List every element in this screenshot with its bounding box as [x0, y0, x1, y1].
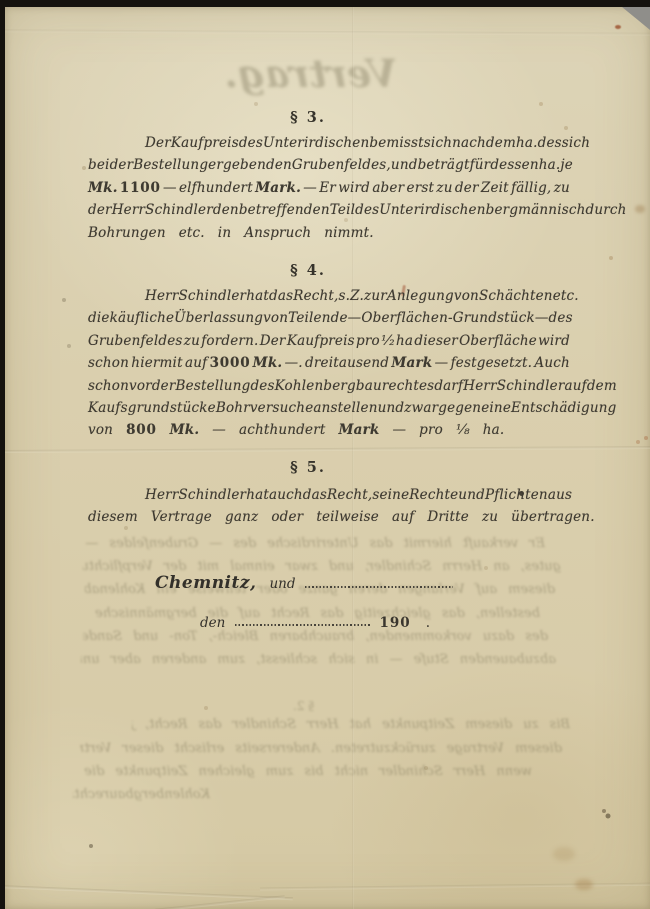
text-line: Grubenfeldeszufordern.DerKaufpreispro¹⁄₂…: [88, 333, 570, 355]
paper-sheet: Vertrag. Er verkauft hiermit das Unterir…: [5, 7, 650, 909]
text-line: schonvorderBestellungdesKohlenbergbaurec…: [88, 378, 570, 400]
signature-date-line: den 190 .: [200, 615, 430, 631]
text-line: DerKaufpreisdesUnterirdischenbemisstsich…: [145, 135, 570, 157]
text-line: KaufsgrundstückeBohrversucheanstellenund…: [88, 400, 570, 422]
text-line: HerrSchindlerhatauchdasRecht,seineRechte…: [145, 487, 570, 509]
signature-year-prefix: 190: [380, 615, 411, 631]
scanned-document-page: Vertrag. Er verkauft hiermit das Unterir…: [0, 0, 650, 909]
brown-blotch-bottom: [575, 879, 593, 890]
signature-place-line: Chemnitz, und: [155, 573, 453, 593]
section-5-paragraph: HerrSchindlerhatauchdasRecht,seineRechte…: [88, 487, 570, 532]
signature-conjunction: und: [269, 576, 295, 592]
fill-in-dotted-line: [235, 624, 369, 626]
text-line: schonhiermitauf3000Mk.—.dreitausendMark—…: [88, 355, 570, 377]
bleedthrough-line: wenn Herr Schindler nicht bis zum gleich…: [82, 764, 532, 784]
section-4-heading: § 4.: [88, 262, 528, 279]
signature-city: Chemnitz,: [155, 573, 256, 593]
bleedthrough-line: Kohlenbergbaurechts geleistet hat.: [73, 787, 210, 807]
section-5-heading: § 5.: [88, 459, 528, 476]
bleedthrough-line: des dazu vorkommenden, brauchbaren Bleic…: [83, 629, 548, 649]
text-line: Bohrungenetc.inAnspruchnimmt.: [88, 225, 570, 247]
text-line: derHerrSchindlerdenbetreffendenTeildesUn…: [88, 202, 570, 224]
signature-year-period: .: [426, 615, 430, 631]
signature-date-label: den: [200, 615, 225, 631]
paper-speckles: [5, 7, 7, 9]
brown-spot-right: [635, 205, 645, 213]
text-line: Mk.1100—elfhundertMark.—Erwirdabererstzu…: [88, 180, 570, 202]
text-line: von800Mk.—achthundertMark—pro¹⁄₈ha.: [88, 422, 570, 444]
text-line: HerrSchindlerhatdasRecht,s.Z.zurAnlegung…: [145, 288, 570, 310]
bleedthrough-line: Er verkauft hiermit das Unterirdische de…: [85, 536, 545, 556]
section-3-heading: § 3.: [88, 109, 528, 126]
faint-stain-bottom: [553, 847, 575, 861]
crease-top: [5, 29, 650, 35]
bleedthrough-line: diesem Vertrage zurückzutreten. Anderers…: [80, 741, 562, 761]
bleedthrough-title: Vertrag.: [227, 51, 397, 96]
text-line: beiderBestellungergebendenGrubenfeldes,u…: [88, 157, 570, 179]
section-4-paragraph: HerrSchindlerhatdasRecht,s.Z.zurAnlegung…: [88, 288, 570, 445]
fill-in-dotted-line: [305, 586, 453, 588]
bleedthrough-line: Bis zu diesem Zeitpunkte hat Herr Schind…: [132, 717, 570, 737]
bleedthrough-section-mark: § 2.: [293, 699, 314, 713]
section-3-paragraph: DerKaufpreisdesUnterirdischenbemisstsich…: [88, 135, 570, 247]
crease-middle-fold: [5, 446, 650, 453]
text-line: diekäuflicheÜberlassungvonTeilende—Oberf…: [88, 310, 570, 332]
bleedthrough-line: abzubauenden Stufe — in sich schliesst, …: [81, 652, 556, 672]
red-stain-top-right: [615, 25, 621, 29]
crease-bottom-wrinkle: [155, 895, 285, 909]
text-line: diesemVertrageganzoderteilweiseaufDritte…: [88, 509, 570, 531]
